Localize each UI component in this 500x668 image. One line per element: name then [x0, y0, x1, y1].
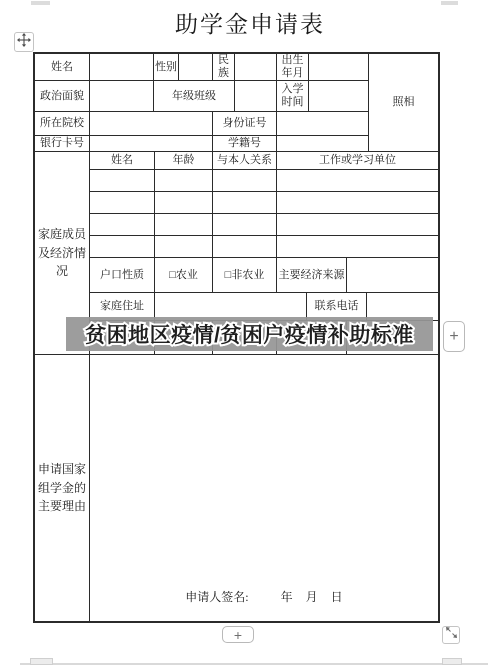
id-number-label: 身份证号: [213, 112, 277, 136]
member-age-input-cell[interactable]: [155, 170, 213, 192]
ethnicity-label: 民族: [213, 54, 235, 81]
grade-class-input-cell[interactable]: [235, 81, 277, 112]
reason-input-cell[interactable]: 申请人签名: 年 月 日: [90, 355, 438, 621]
caption-overlay-banner: 贫困地区疫情/贫困户疫情补助标准 贫困地区疫情/贫困户疫情补助标准: [66, 317, 433, 351]
member-relation-input-cell[interactable]: [213, 170, 277, 192]
page-separator-tab-left: [30, 658, 53, 665]
signature-row: 申请人签名: 年 月 日: [90, 588, 438, 605]
income-source-label: 主要经济来源: [277, 258, 347, 293]
member-relation-input-cell[interactable]: [213, 214, 277, 236]
add-column-button[interactable]: +: [443, 321, 465, 352]
ethnicity-input-cell[interactable]: [235, 54, 277, 81]
caption-text: 贫困地区疫情/贫困户疫情补助标准 贫困地区疫情/贫困户疫情补助标准: [85, 319, 414, 349]
member-unit-header: 工作或学习单位: [277, 152, 438, 170]
applicant-signature-label: 申请人签名:: [185, 588, 248, 605]
date-day-label: 日: [331, 588, 343, 605]
resize-diagonal-icon: [445, 626, 458, 644]
hukou-type-label: 户口性质: [90, 258, 155, 293]
table-resize-handle[interactable]: [442, 626, 460, 644]
bank-card-input-cell[interactable]: [90, 136, 213, 152]
personal-info-section: 姓名 性别 民族 出生年月 照相 政治面貌 年级班级 入学时间 所在院校 身份证…: [35, 54, 438, 152]
income-source-input-cell[interactable]: [347, 258, 438, 293]
reason-section: 申请国家组学金的主要理由 申请人签名: 年 月 日: [35, 355, 438, 621]
add-row-button[interactable]: +: [222, 626, 254, 643]
bank-card-label: 银行卡号: [35, 136, 90, 152]
member-name-input-cell[interactable]: [90, 192, 155, 214]
member-name-header: 姓名: [90, 152, 155, 170]
student-id-input-cell[interactable]: [277, 136, 369, 152]
political-status-input-cell[interactable]: [90, 81, 154, 112]
school-label: 所在院校: [35, 112, 90, 136]
gender-label: 性别: [154, 54, 179, 81]
date-month-label: 月: [306, 588, 318, 605]
reason-section-label: 申请国家组学金的主要理由: [35, 355, 90, 621]
member-relation-input-cell[interactable]: [213, 192, 277, 214]
document-page: 助学金申请表 姓名 性别 民族 出生年月 照相 政治面貌: [0, 0, 500, 668]
move-icon: [17, 33, 31, 52]
political-status-label: 政治面貌: [35, 81, 90, 112]
page-separator-tab-right: [442, 658, 462, 665]
table-move-handle[interactable]: [14, 32, 34, 52]
birth-label: 出生年月: [277, 54, 309, 81]
enroll-time-input-cell[interactable]: [309, 81, 369, 112]
name-label: 姓名: [35, 54, 90, 81]
member-name-input-cell[interactable]: [90, 214, 155, 236]
member-age-input-cell[interactable]: [155, 236, 213, 258]
student-id-label: 学籍号: [213, 136, 277, 152]
member-unit-input-cell[interactable]: [277, 192, 438, 214]
page-corner-mark-left: [31, 1, 50, 5]
member-name-input-cell[interactable]: [90, 236, 155, 258]
member-age-header: 年龄: [155, 152, 213, 170]
hukou-agricultural-checkbox[interactable]: □农业: [155, 258, 213, 293]
member-unit-input-cell[interactable]: [277, 214, 438, 236]
photo-cell: 照相: [369, 54, 438, 152]
grade-class-label: 年级班级: [154, 81, 235, 112]
id-number-input-cell[interactable]: [277, 112, 369, 136]
member-unit-input-cell[interactable]: [277, 236, 438, 258]
name-input-cell[interactable]: [90, 54, 154, 81]
member-name-input-cell[interactable]: [90, 170, 155, 192]
birth-input-cell[interactable]: [309, 54, 369, 81]
member-age-input-cell[interactable]: [155, 214, 213, 236]
enroll-time-label: 入学时间: [277, 81, 309, 112]
school-input-cell[interactable]: [90, 112, 213, 136]
gender-input-cell[interactable]: [179, 54, 213, 81]
member-unit-input-cell[interactable]: [277, 170, 438, 192]
member-relation-input-cell[interactable]: [213, 236, 277, 258]
page-separator-line: [20, 663, 488, 665]
hukou-non-agricultural-checkbox[interactable]: □非农业: [213, 258, 277, 293]
page-title: 助学金申请表: [0, 6, 500, 39]
member-relation-header: 与本人关系: [213, 152, 277, 170]
page-corner-mark-right: [441, 1, 458, 5]
date-year-label: 年: [281, 588, 293, 605]
member-age-input-cell[interactable]: [155, 192, 213, 214]
